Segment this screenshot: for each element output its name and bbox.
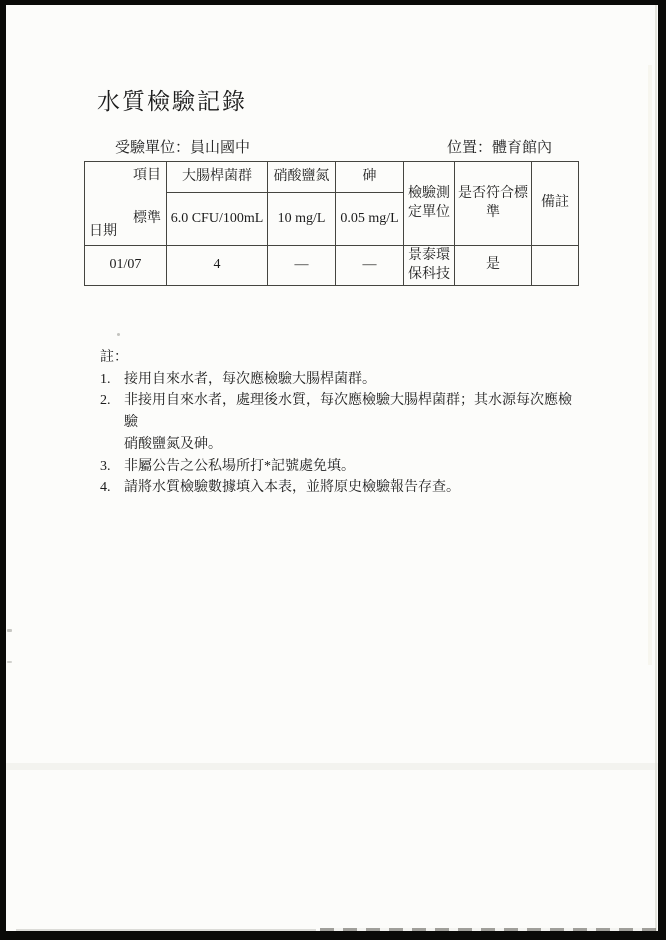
scan-edge-line [655,5,657,931]
corner-label-item: 項目 [133,167,161,186]
paper-page: 水質檢驗記錄 受驗單位：員山國中 位置：體育館內 項目 標準 日期 [6,5,658,931]
scan-band-artifact [6,763,658,770]
page-title: 水質檢驗記錄 [97,83,247,116]
note-text: 請將水質檢驗數據填入本表，並將原史檢驗報告存查。 [124,477,460,499]
scan-edge-tint [648,65,652,665]
cell-agency: 景泰環保科技 [404,246,455,286]
note-item-2: 2. 非接用自來水者，處理後水質，每次應檢驗大腸桿菌群；其水源每次應檢驗 硝酸鹽… [100,390,580,455]
note-text: 接用自來水者，每次應檢驗大腸桿菌群。 [124,369,376,391]
cell-remark [532,246,579,286]
note-number: 2. [100,390,124,455]
note-item-3: 3. 非屬公告之公私場所打*記號處免填。 [100,456,580,478]
scan-speck [7,661,12,663]
note-text: 非接用自來水者，處理後水質，每次應檢驗大腸桿菌群；其水源每次應檢驗 硝酸鹽氮及砷… [124,390,580,455]
header-coliform: 大腸桿菌群 [167,162,268,193]
scan-bottom-noise [320,928,656,931]
note-text: 非屬公告之公私場所打*記號處免填。 [124,456,355,478]
corner-header-cell: 項目 標準 日期 [85,162,167,246]
note-number: 3. [100,456,124,478]
scanned-document: 水質檢驗記錄 受驗單位：員山國中 位置：體育館內 項目 標準 日期 [0,0,666,940]
corner-label-date: 日期 [89,223,117,242]
table-row: 01/07 4 — — 景泰環保科技 是 [85,246,579,286]
cell-compliant: 是 [455,246,532,286]
scan-speck [117,333,120,336]
note-number: 1. [100,369,124,391]
cell-nitrate-value: — [268,246,336,286]
note-number: 4. [100,477,124,499]
notes-section: 註： 1. 接用自來水者，每次應檢驗大腸桿菌群。 2. 非接用自來水者，處理後水… [100,347,580,499]
header-remarks: 備註 [532,162,579,246]
standard-nitrate: 10 mg/L [268,193,336,246]
header-compliance: 是否符合標準 [455,162,532,246]
water-quality-table: 項目 標準 日期 大腸桿菌群 硝酸鹽氮 砷 檢驗測定單位 是否符合標準 備註 6… [84,161,579,286]
cell-arsenic-value: — [336,246,404,286]
note-item-1: 1. 接用自來水者，每次應檢驗大腸桿菌群。 [100,369,580,391]
header-testing-agency: 檢驗測定單位 [404,162,455,246]
header-row-items: 項目 標準 日期 大腸桿菌群 硝酸鹽氮 砷 檢驗測定單位 是否符合標準 備註 [85,162,579,193]
standard-arsenic: 0.05 mg/L [336,193,404,246]
scan-bottom-noise [16,929,316,931]
scan-speck [7,629,12,632]
cell-date: 01/07 [85,246,167,286]
notes-heading: 註： [100,347,580,369]
header-nitrate: 硝酸鹽氮 [268,162,336,193]
corner-label-standard: 標準 [133,210,161,229]
standard-coliform: 6.0 CFU/100mL [167,193,268,246]
location-label: 位置：體育館內 [447,136,552,157]
cell-coliform-value: 4 [167,246,268,286]
header-arsenic: 砷 [336,162,404,193]
note-item-4: 4. 請將水質檢驗數據填入本表，並將原史檢驗報告存查。 [100,477,580,499]
inspected-unit-label: 受驗單位：員山國中 [115,136,250,157]
